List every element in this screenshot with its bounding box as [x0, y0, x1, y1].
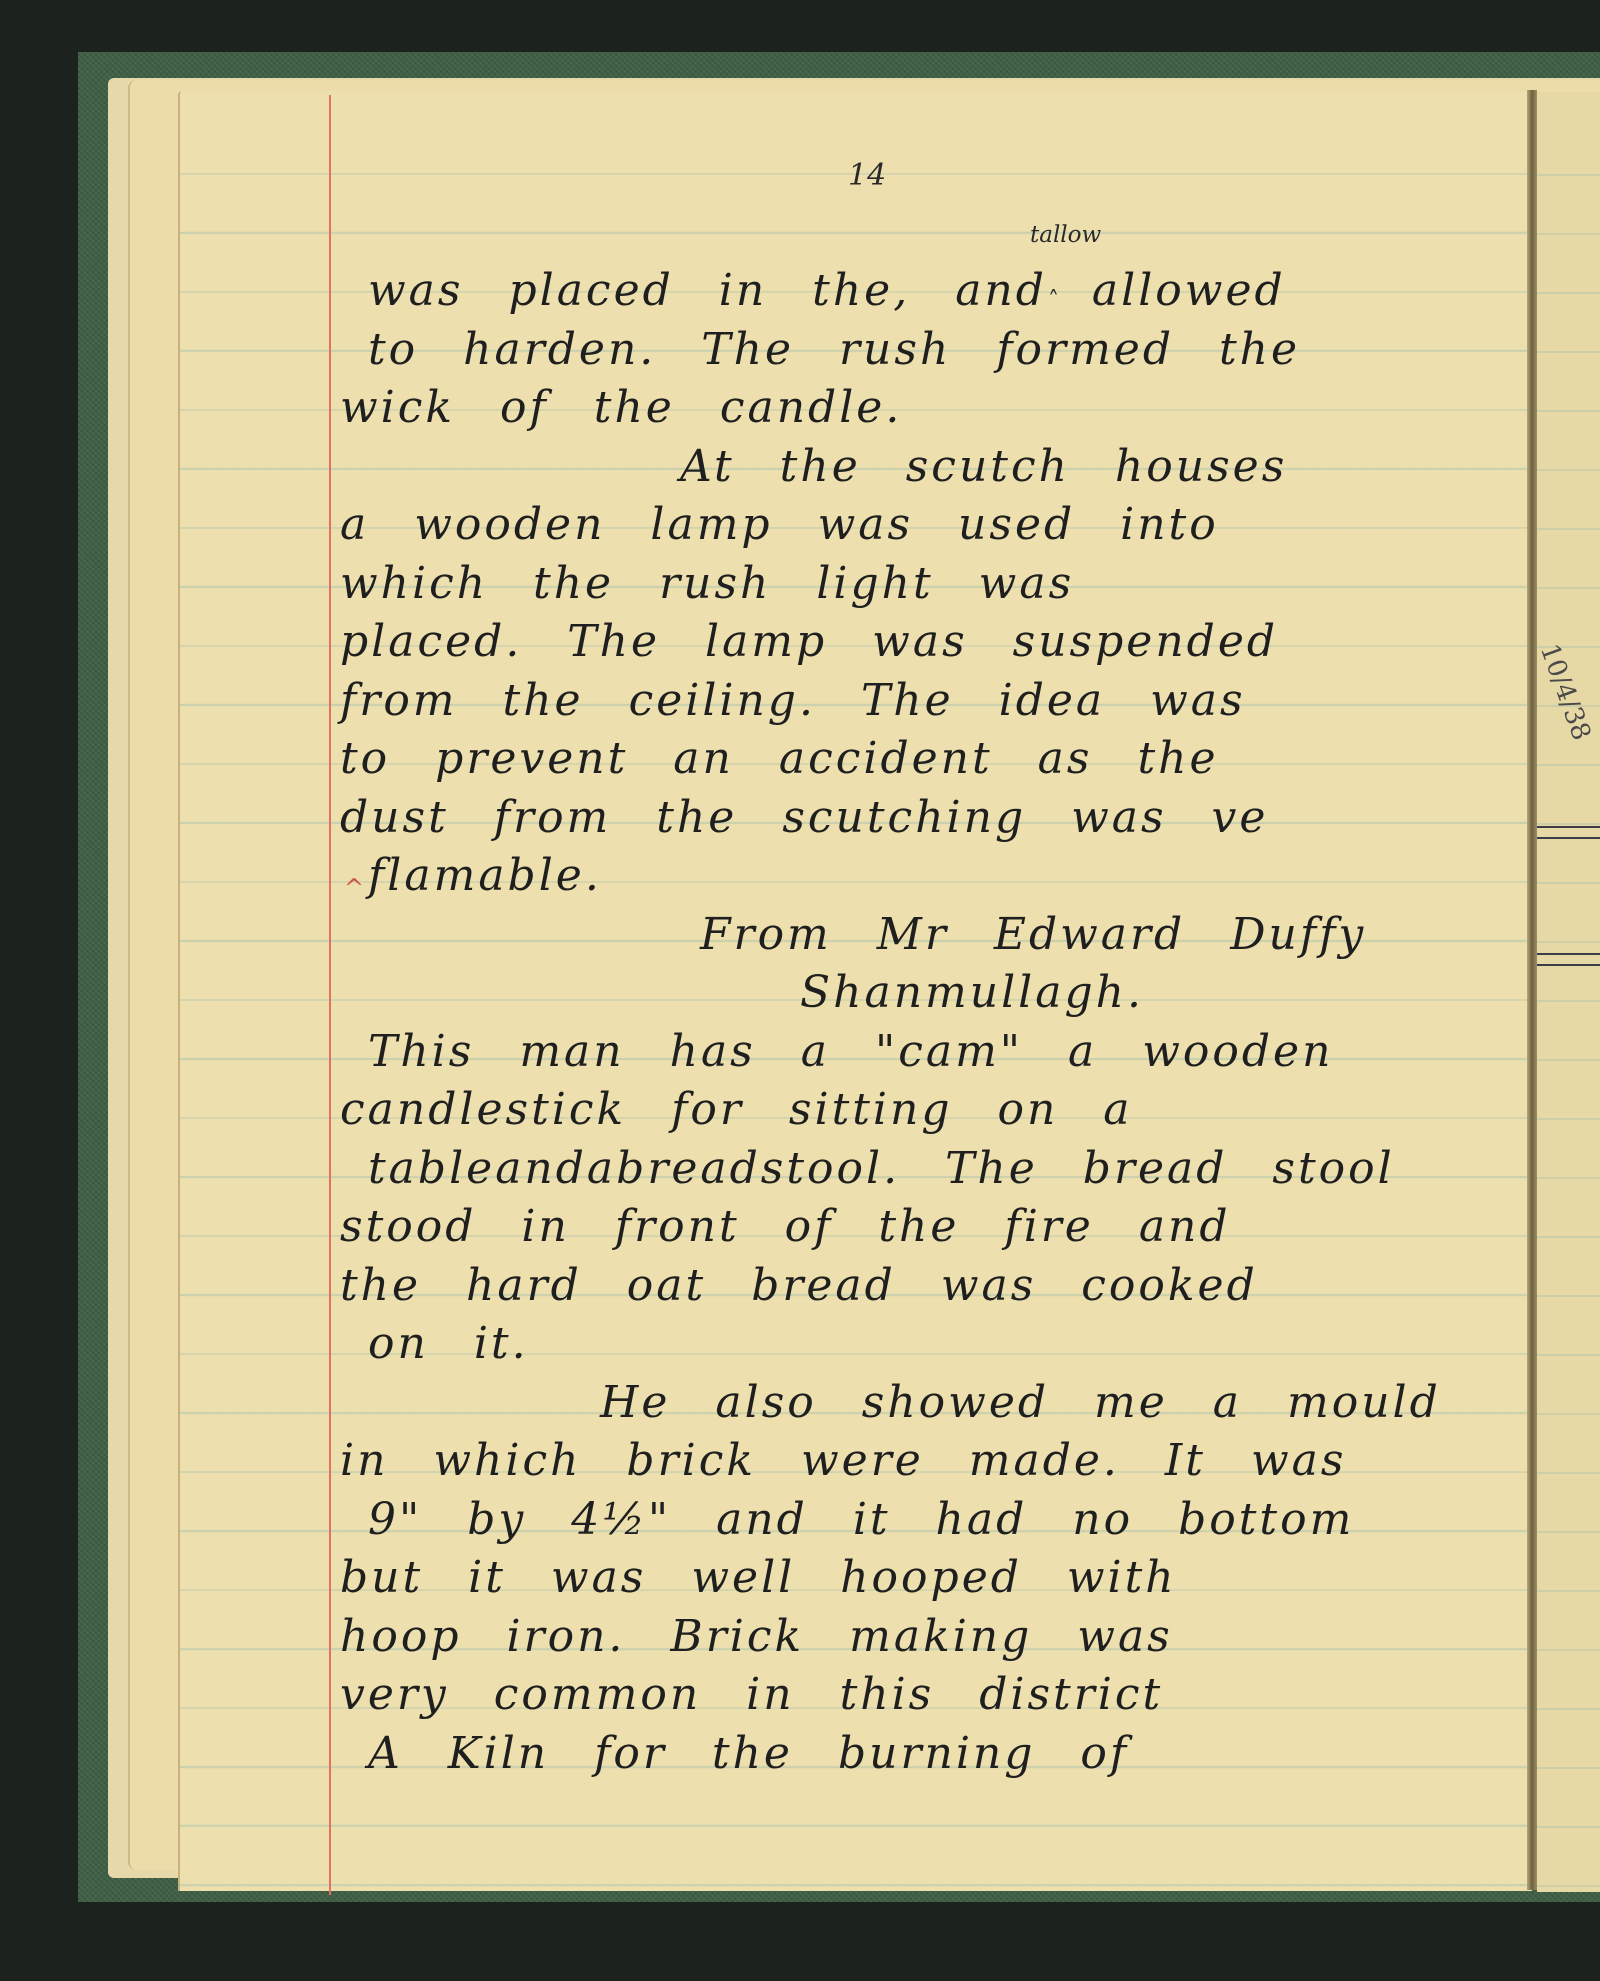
text-line: to harden. The rush formed the: [340, 321, 1520, 380]
facing-page-edge: [1537, 92, 1600, 1892]
text-line: candlestick for sitting on a: [340, 1081, 1520, 1140]
page-number: 14: [848, 158, 886, 193]
text-line: flamable.: [340, 847, 1520, 906]
inserted-word: tallow: [1030, 222, 1101, 248]
red-margin-rule: [329, 95, 331, 1895]
text-line: on it.: [340, 1315, 1520, 1374]
text-line: stood in front of the fire and: [340, 1198, 1520, 1257]
text-line: to prevent an accident as the: [340, 730, 1520, 789]
text-line: At the scutch houses: [340, 438, 1520, 497]
source-location: Shanmullagh.: [340, 964, 1520, 1023]
text-line: which the rush light was: [340, 555, 1520, 614]
text-line: but it was well hooped with: [340, 1549, 1520, 1608]
text-line: in which brick were made. It was: [340, 1432, 1520, 1491]
double-rule-2: [1537, 953, 1600, 966]
handwritten-text: was placed in the, and allowed to harden…: [340, 262, 1520, 1783]
text-line: A Kiln for the burning of: [340, 1725, 1520, 1784]
text-line: hoop iron. Brick making was: [340, 1608, 1520, 1667]
text-line: the hard oat bread was cooked: [340, 1257, 1520, 1316]
text-line: very common in this district: [340, 1666, 1520, 1725]
source-name: From Mr Edward Duffy: [340, 906, 1520, 965]
text-line: 9" by 4½" and it had no bottom: [340, 1491, 1520, 1550]
text-line: wick of the candle.: [340, 379, 1520, 438]
text-line: placed. The lamp was suspended: [340, 613, 1520, 672]
text-line: from the ceiling. The idea was: [340, 672, 1520, 731]
book-gutter: [1527, 90, 1537, 1890]
text-line: He also showed me a mould: [340, 1374, 1520, 1433]
text-line: a wooden lamp was used into: [340, 496, 1520, 555]
text-line: This man has a "cam" a wooden: [340, 1023, 1520, 1082]
text-line: tableandabreadstool. The bread stool: [340, 1140, 1520, 1199]
text-line: was placed in the, and allowed: [340, 262, 1520, 321]
text-line: dust from the scutching was ve: [340, 789, 1520, 848]
double-rule-1: [1537, 826, 1600, 839]
